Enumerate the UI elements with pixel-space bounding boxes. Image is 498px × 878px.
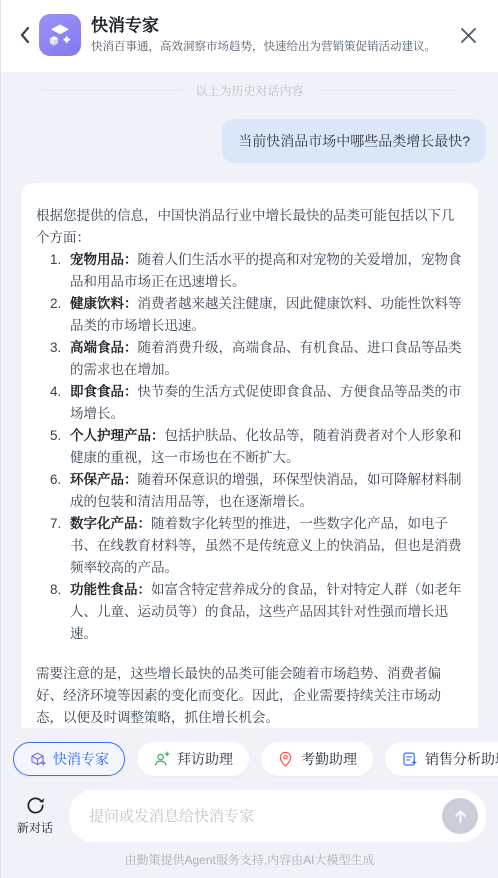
- refresh-icon: [25, 795, 46, 816]
- tab-label: 考勤助理: [301, 749, 357, 769]
- arrow-up-icon: [452, 808, 469, 825]
- list-item: 宠物用品：随着人们生活水平的提高和对宠物的关爱增加，宠物食品和用品市场正在迅速增…: [70, 249, 463, 293]
- service-disclaimer: 由勤策提供Agent服务支持,内容由AI大模型生成: [1, 842, 498, 878]
- divider-line-left: [41, 90, 182, 91]
- list-item: 数字化产品：随着数字化转型的推进，一些数字化产品，如电子书、在线教育材料等，虽然…: [70, 513, 463, 579]
- agent-tabs: 快消专家 拜访助理 考勤助理 销售分析助理: [1, 734, 498, 786]
- header-texts: 快消专家 快消百事通，高效洞察市场趋势，快速给出为营销策促销活动建议。: [91, 15, 448, 55]
- send-button[interactable]: [442, 798, 478, 834]
- close-icon: [460, 27, 477, 44]
- page-title: 快消专家: [91, 15, 448, 37]
- back-button[interactable]: [11, 22, 37, 48]
- bottom-panel: 快消专家 拜访助理 考勤助理 销售分析助理: [1, 728, 498, 878]
- item-label: 健康饮料：: [70, 296, 138, 311]
- item-label: 宠物用品：: [70, 252, 138, 267]
- ai-outro-paragraph: 需要注意的是，这些增长最快的品类可能会随着市场趋势、消费者偏好、经济环境等因素的…: [36, 663, 463, 728]
- ai-message-card: 根据您提供的信息，中国快消品行业中增长最快的品类可能包括以下几个方面： 宠物用品…: [21, 183, 478, 728]
- chevron-left-icon: [19, 26, 30, 44]
- history-divider-label: 以上为历史对话内容: [182, 82, 318, 99]
- item-label: 环保产品：: [70, 472, 138, 487]
- history-divider: 以上为历史对话内容: [1, 72, 498, 99]
- ai-category-list: 宠物用品：随着人们生活水平的提高和对宠物的关爱增加，宠物食品和用品市场正在迅速增…: [36, 249, 463, 645]
- tab-visit-assistant[interactable]: 拜访助理: [137, 742, 249, 776]
- agent-description: 快消百事通，高效洞察市场趋势，快速给出为营销策促销活动建议。: [91, 39, 448, 55]
- item-label: 个人护理产品：: [70, 428, 165, 443]
- user-message-row: 当前快消品市场中哪些品类增长最快?: [13, 119, 486, 163]
- divider-line-right: [318, 90, 459, 91]
- person-plus-icon: [153, 751, 170, 768]
- item-label: 高端食品：: [70, 340, 138, 355]
- chat-area: 当前快消品市场中哪些品类增长最快? 根据您提供的信息，中国快消品行业中增长最快的…: [1, 99, 498, 728]
- cube-plus-icon: [29, 751, 46, 768]
- new-chat-button[interactable]: 新对话: [11, 790, 59, 836]
- item-label: 即食食品：: [70, 384, 138, 399]
- list-item: 高端食品：随着消费升级，高端食品、有机食品、进口食品等品类的需求也在增加。: [70, 337, 463, 381]
- list-item: 环保产品：随着环保意识的增强，环保型快消品，如可降解材料制成的包装和清洁用品等，…: [70, 469, 463, 513]
- cube-plus-icon: [45, 20, 75, 50]
- tab-label: 拜访助理: [177, 749, 233, 769]
- item-label: 功能性食品：: [70, 582, 151, 597]
- list-item: 即食食品：快节奏的生活方式促使即食食品、方便食品等品类的市场增长。: [70, 381, 463, 425]
- fmcg-expert-chat-window: 快消专家 快消百事通，高效洞察市场趋势，快速给出为营销策促销活动建议。 以上为历…: [0, 0, 498, 878]
- user-message-bubble: 当前快消品市场中哪些品类增长最快?: [222, 119, 486, 163]
- location-person-icon: [277, 751, 294, 768]
- document-edit-icon: [401, 751, 418, 768]
- message-input-container: [69, 790, 486, 842]
- composer-row: 新对话: [1, 786, 498, 842]
- list-item: 功能性食品：如富含特定营养成分的食品，针对特定人群（如老年人、儿童、运动员等）的…: [70, 579, 463, 645]
- item-label: 数字化产品：: [70, 516, 151, 531]
- ai-intro-paragraph: 根据您提供的信息，中国快消品行业中增长最快的品类可能包括以下几个方面：: [36, 205, 463, 249]
- list-item: 健康饮料：消费者越来越关注健康，因此健康饮料、功能性饮料等品类的市场增长迅速。: [70, 293, 463, 337]
- agent-avatar: [39, 14, 81, 56]
- tab-label: 快消专家: [53, 749, 109, 769]
- tab-sales-analysis-assistant[interactable]: 销售分析助理: [385, 742, 498, 776]
- tab-attendance-assistant[interactable]: 考勤助理: [261, 742, 373, 776]
- new-chat-label: 新对话: [17, 819, 53, 836]
- tab-fmcg-expert[interactable]: 快消专家: [13, 742, 125, 776]
- close-button[interactable]: [454, 21, 482, 49]
- tab-label: 销售分析助理: [425, 749, 498, 769]
- list-item: 个人护理产品：包括护肤品、化妆品等，随着消费者对个人形象和健康的重视，这一市场也…: [70, 425, 463, 469]
- message-input[interactable]: [89, 808, 442, 825]
- header: 快消专家 快消百事通，高效洞察市场趋势，快速给出为营销策促销活动建议。: [1, 0, 498, 72]
